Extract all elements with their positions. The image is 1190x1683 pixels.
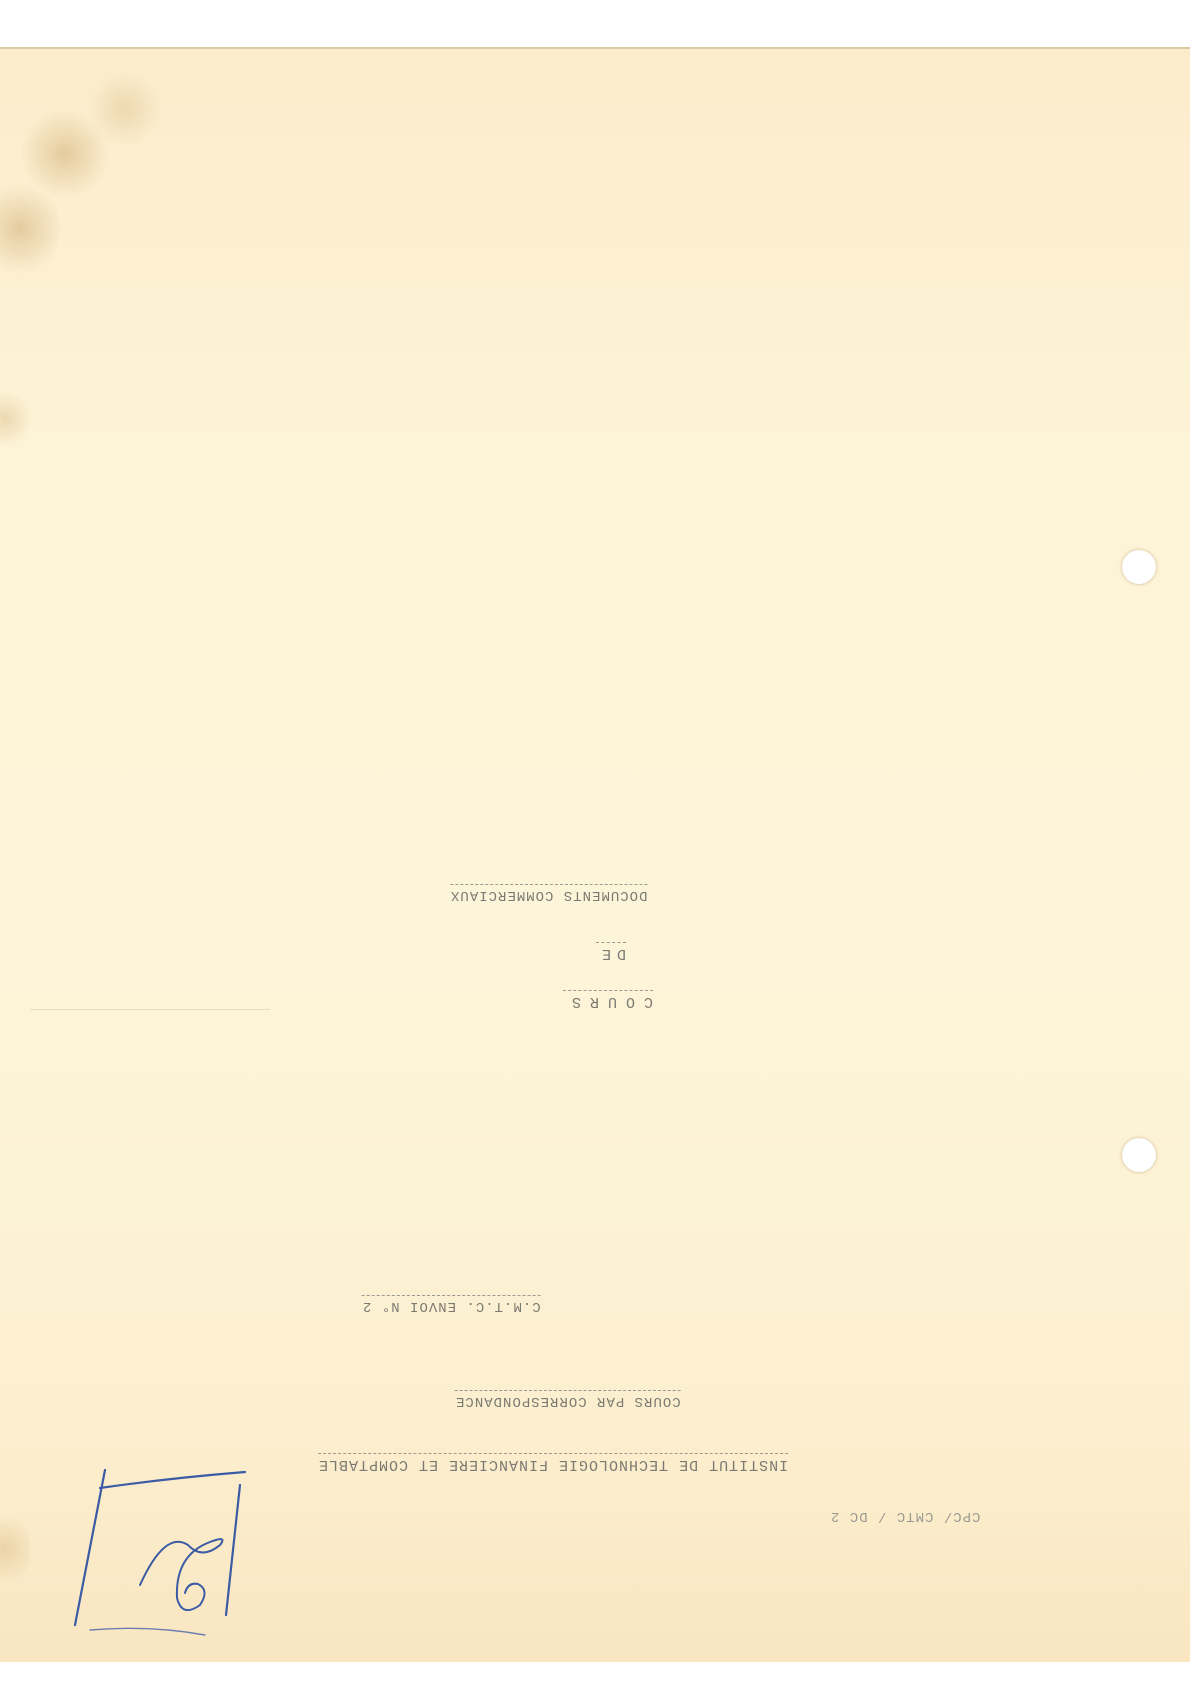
title-de: DE	[596, 942, 626, 962]
foxing-stain	[0, 1509, 30, 1589]
handwritten-number-box	[70, 1460, 250, 1640]
punch-hole-top	[1122, 550, 1156, 584]
program-name: COURS PAR CORRESPONDANCE	[455, 1390, 681, 1409]
faint-rule	[30, 1009, 270, 1010]
institute-name: INSTITUT DE TECHNOLOGIE FINANCIERE ET CO…	[318, 1453, 788, 1473]
foxing-stain	[0, 389, 30, 449]
reference-code: CPC/ CMTC / DC 2	[830, 1508, 980, 1524]
title-cours: COURS	[563, 990, 653, 1010]
dispatch-number: C.M.T.C. ENVOI N° 2	[362, 1295, 541, 1314]
scanned-page	[0, 47, 1190, 1662]
foxing-stain	[90, 69, 160, 149]
title-documents-commerciaux: DOCUMENTS COMMERCIAUX	[450, 884, 647, 903]
punch-hole-bottom	[1122, 1138, 1156, 1172]
